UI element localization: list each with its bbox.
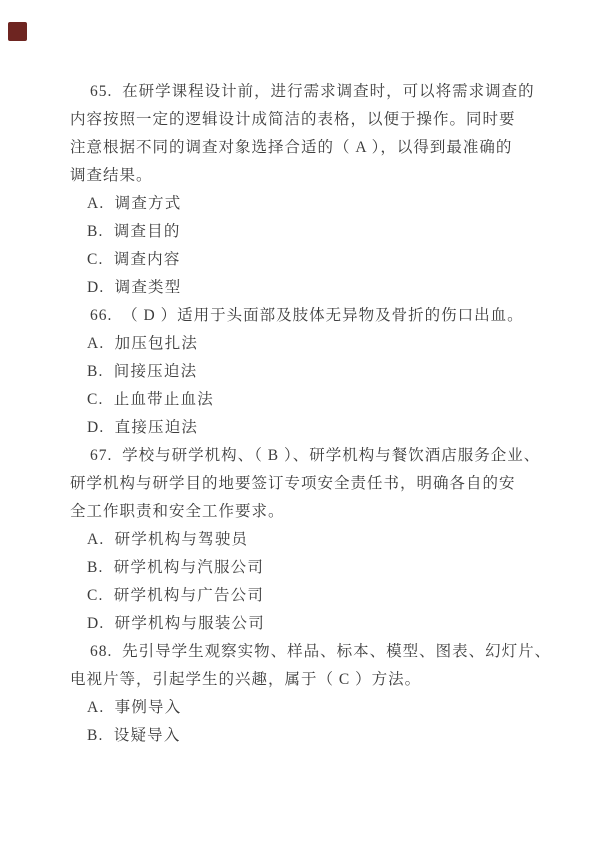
option-c: C. 研学机构与广告公司 (0, 582, 600, 610)
question-66: 66. （ D ）适用于头面部及肢体无异物及骨折的伤口出血。 A. 加压包扎法 … (0, 302, 600, 442)
option-d: D. 研学机构与服装公司 (0, 610, 600, 638)
question-line: 66. （ D ）适用于头面部及肢体无异物及骨折的伤口出血。 (0, 302, 600, 330)
question-line: 内容按照一定的逻辑设计成简洁的表格，以便于操作。同时要 (0, 106, 600, 134)
question-line: 68. 先引导学生观察实物、样品、标本、模型、图表、幻灯片、 (0, 638, 600, 666)
question-67: 67. 学校与研学机构、（ B ）、研学机构与餐饮酒店服务企业、 研学机构与研学… (0, 442, 600, 638)
exam-content: 65. 在研学课程设计前，进行需求调查时，可以将需求调查的 内容按照一定的逻辑设… (0, 78, 600, 750)
question-line: 全工作职责和安全工作要求。 (0, 498, 600, 526)
question-line: 电视片等，引起学生的兴趣，属于（ C ）方法。 (0, 666, 600, 694)
question-68: 68. 先引导学生观察实物、样品、标本、模型、图表、幻灯片、 电视片等，引起学生… (0, 638, 600, 750)
option-b: B. 调查目的 (0, 218, 600, 246)
option-a: A. 调查方式 (0, 190, 600, 218)
question-line: 调查结果。 (0, 162, 600, 190)
question-line: 65. 在研学课程设计前，进行需求调查时，可以将需求调查的 (0, 78, 600, 106)
option-d: D. 直接压迫法 (0, 414, 600, 442)
option-b: B. 间接压迫法 (0, 358, 600, 386)
question-line: 67. 学校与研学机构、（ B ）、研学机构与餐饮酒店服务企业、 (0, 442, 600, 470)
question-line: 研学机构与研学目的地要签订专项安全责任书，明确各自的安 (0, 470, 600, 498)
option-c: C. 止血带止血法 (0, 386, 600, 414)
option-b: B. 研学机构与汽服公司 (0, 554, 600, 582)
red-corner-marker (8, 22, 27, 41)
question-65: 65. 在研学课程设计前，进行需求调查时，可以将需求调查的 内容按照一定的逻辑设… (0, 78, 600, 302)
option-a: A. 加压包扎法 (0, 330, 600, 358)
option-a: A. 事例导入 (0, 694, 600, 722)
option-a: A. 研学机构与驾驶员 (0, 526, 600, 554)
document-page: 65. 在研学课程设计前，进行需求调查时，可以将需求调查的 内容按照一定的逻辑设… (0, 0, 600, 849)
option-b: B. 设疑导入 (0, 722, 600, 750)
option-c: C. 调查内容 (0, 246, 600, 274)
question-line: 注意根据不同的调查对象选择合适的（ A ），以得到最准确的 (0, 134, 600, 162)
option-d: D. 调查类型 (0, 274, 600, 302)
